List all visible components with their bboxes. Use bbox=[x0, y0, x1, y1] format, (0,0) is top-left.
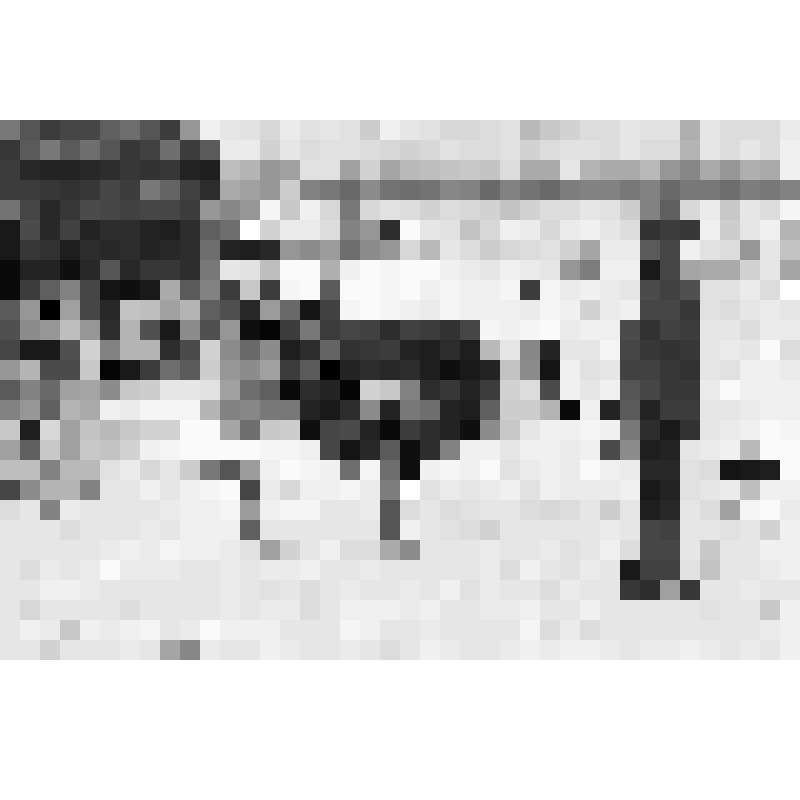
photo-viewport bbox=[0, 0, 800, 800]
pixelated-image-canvas bbox=[0, 0, 800, 800]
